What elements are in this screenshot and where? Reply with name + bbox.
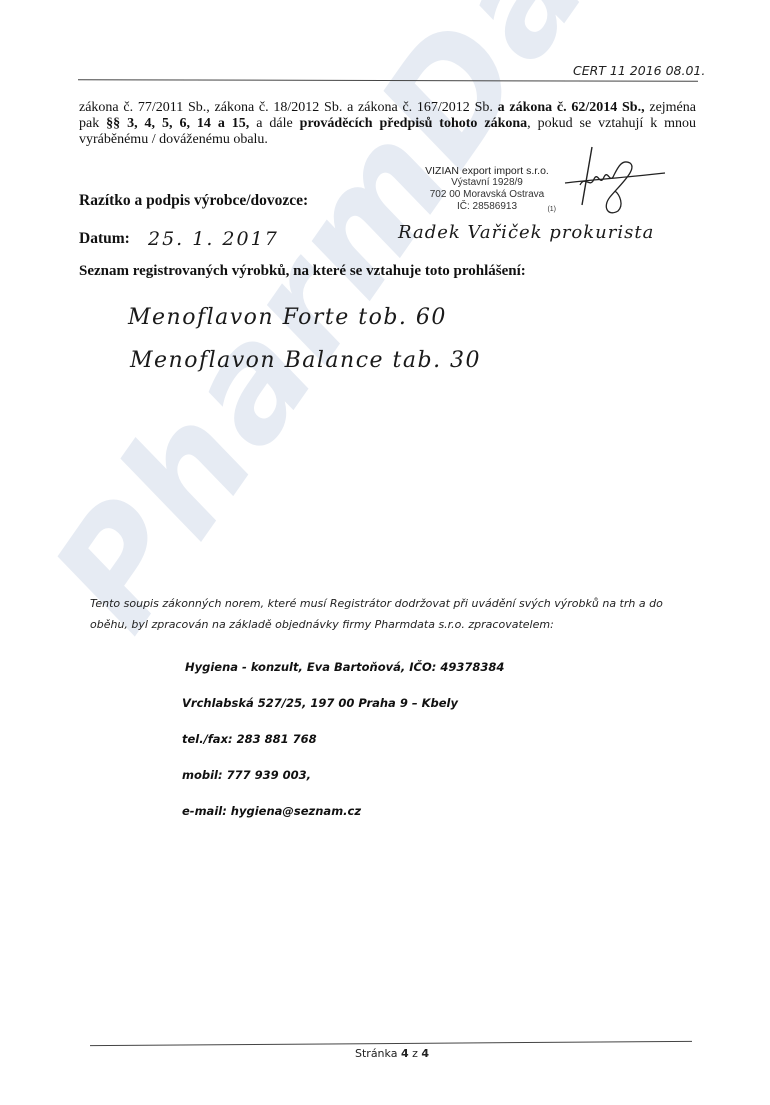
date-value: 25. 1. 2017 (148, 228, 279, 250)
paragraph-run: §§ 3, 4, 5, 6, 14 a 15, (106, 116, 249, 131)
stamp-ic: IČ: 28586913 (412, 201, 562, 213)
page-current: 4 (401, 1047, 409, 1060)
paragraph-run: zákona č. 77/2011 Sb., zákona č. 18/2012… (79, 100, 498, 115)
contact-company: Hygiena - konzult, Eva Bartoňová, IČO: 4… (185, 660, 504, 674)
contact-phone: tel./fax: 283 881 768 (182, 732, 317, 746)
contact-address: Vrchlabská 527/25, 197 00 Praha 9 – Kbel… (182, 696, 458, 710)
paragraph-run: a dále (249, 116, 299, 131)
stamp-city: 702 00 Moravská Ostrava (412, 189, 562, 201)
legal-paragraph: zákona č. 77/2011 Sb., zákona č. 18/2012… (79, 100, 696, 148)
page-separator: z (409, 1047, 422, 1060)
signer-name: Radek Vařiček prokurista (398, 222, 654, 243)
paragraph-run: prováděcích předpisů tohoto zákona (300, 116, 528, 131)
stamp-street: Výstavní 1928/9 (412, 177, 562, 189)
stamp-signature-label: Razítko a podpis výrobce/dovozce: (79, 192, 308, 210)
company-stamp: VIZIAN export import s.r.o. Výstavní 192… (412, 165, 562, 213)
contact-mobile: mobil: 777 939 003, (182, 768, 311, 782)
page-number: Stránka 4 z 4 (355, 1047, 429, 1060)
product-item: Menoflavon Forte tob. 60 (128, 305, 447, 330)
signature-icon (560, 145, 670, 220)
compiler-note: Tento soupis zákonných norem, které musí… (90, 593, 690, 635)
contact-email[interactable]: e-mail: hygiena@seznam.cz (182, 804, 361, 818)
product-item: Menoflavon Balance tab. 30 (130, 348, 481, 373)
paragraph-run: a zákona č. 62/2014 Sb., (498, 100, 645, 115)
page-prefix: Stránka (355, 1047, 401, 1060)
stamp-mark: (1) (547, 204, 556, 216)
page-total: 4 (421, 1047, 429, 1060)
products-heading: Seznam registrovaných výrobků, na které … (79, 263, 526, 280)
document-code: CERT 11 2016 08.01. (573, 63, 705, 78)
footer-rule (90, 1041, 692, 1046)
stamp-company: VIZIAN export import s.r.o. (412, 165, 562, 177)
date-label: Datum: (79, 230, 130, 248)
